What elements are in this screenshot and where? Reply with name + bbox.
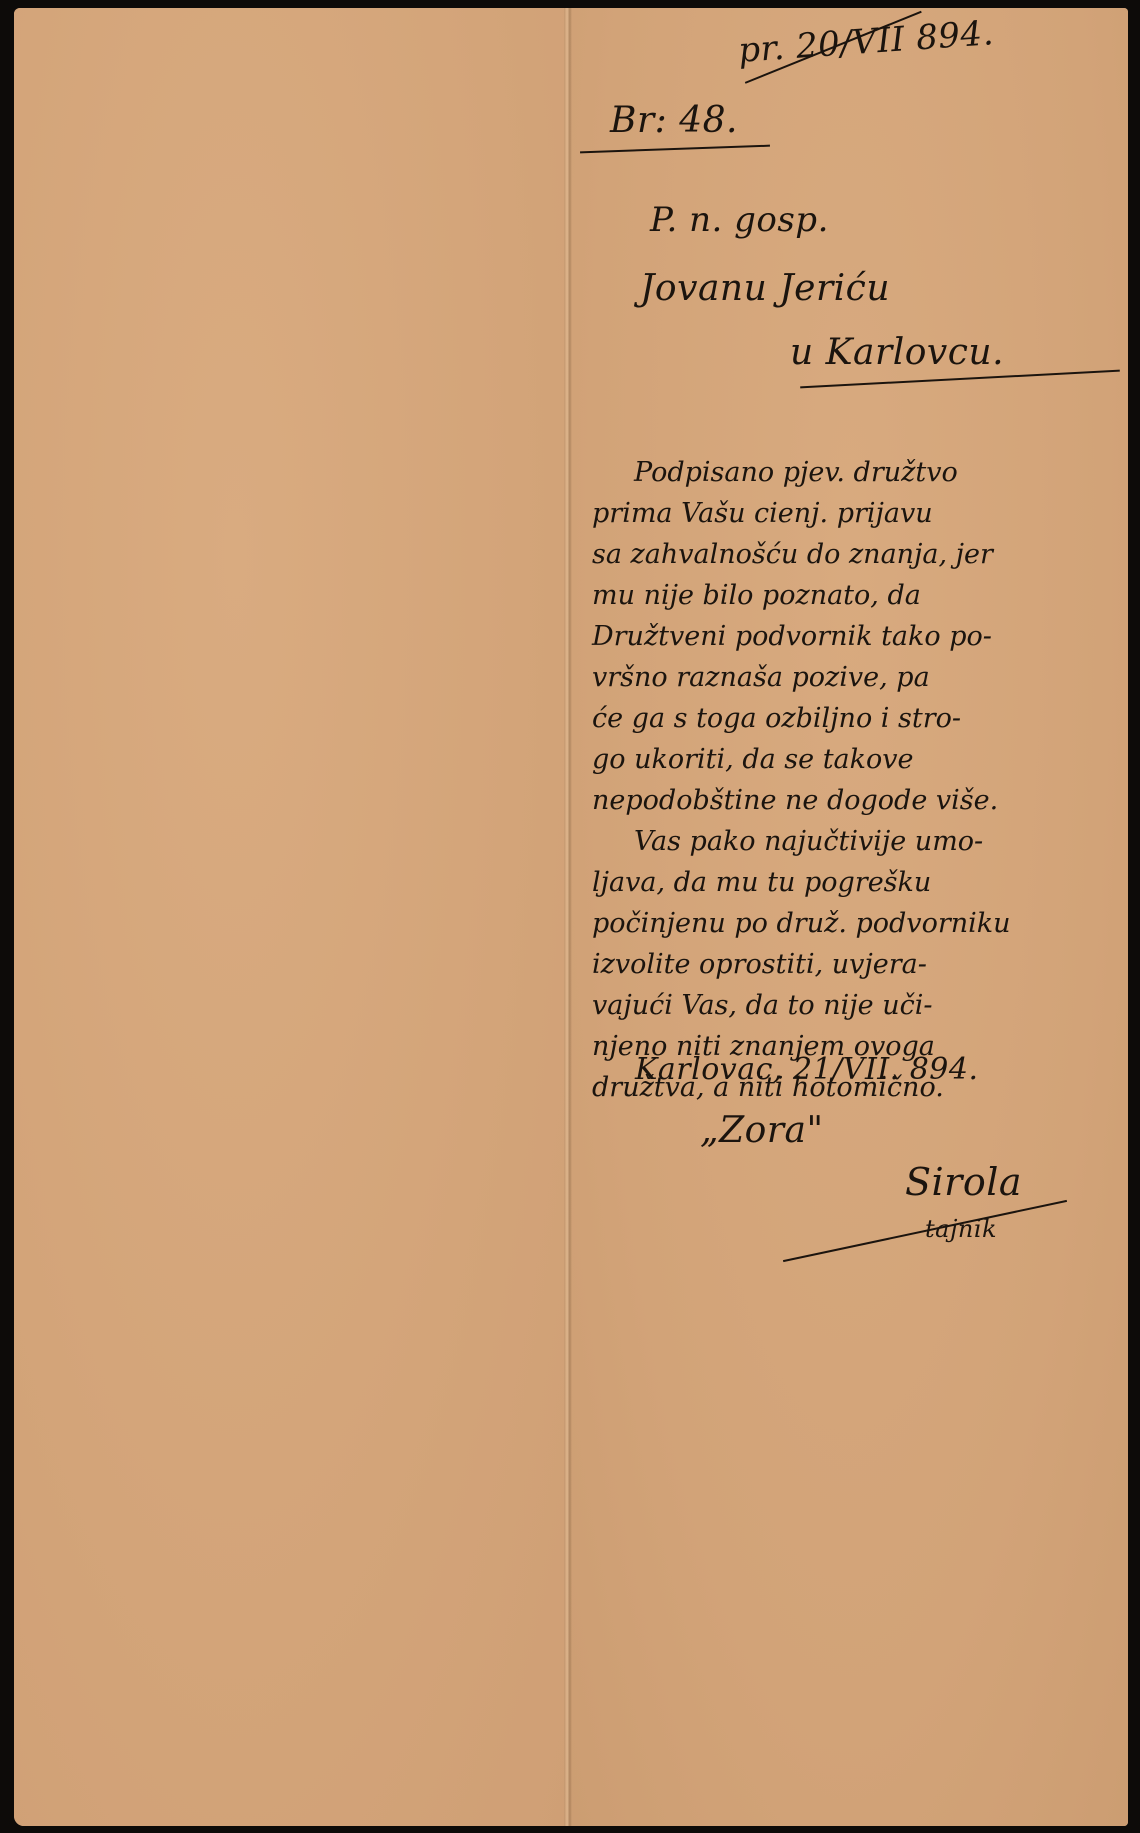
- body-line: Podpisano pjev. družtvo: [592, 452, 1112, 493]
- letter-body: Podpisano pjev. družtvo prima Vašu cienj…: [592, 452, 1112, 1108]
- body-line: ljava, da mu tu pogrešku: [592, 862, 1112, 903]
- body-line: Družtveni podvornik tako po-: [592, 616, 1112, 657]
- body-line: će ga s toga ozbiljno i stro-: [592, 698, 1112, 739]
- body-line: go ukoriti, da se takove: [592, 739, 1112, 780]
- signature: Sirola: [905, 1160, 1022, 1204]
- body-line: Vas pako najučtivije umo-: [592, 821, 1112, 862]
- body-line: prima Vašu cienj. prijavu: [592, 493, 1112, 534]
- page-fold: [564, 8, 572, 1826]
- body-line: izvolite oprostiti, uvjera-: [592, 944, 1112, 985]
- body-line: vršno raznaša pozive, pa: [592, 657, 1112, 698]
- addressee: Jovanu Jeriću: [640, 268, 890, 309]
- organization-name: „Zora": [700, 1110, 824, 1151]
- body-line: sa zahvalnošću do znanja, jer: [592, 534, 1112, 575]
- signatory-role: tajnik: [925, 1215, 997, 1243]
- body-line: mu nije bilo poznato, da: [592, 575, 1112, 616]
- salutation: P. n. gosp.: [650, 200, 829, 240]
- blank-left-page: [14, 8, 568, 1826]
- document-number: Br: 48.: [610, 100, 738, 141]
- body-line: počinjenu po druž. podvorniku: [592, 903, 1112, 944]
- body-line: vajući Vas, da to nije uči-: [592, 985, 1112, 1026]
- body-line: nepodobštine ne dogode više.: [592, 780, 1112, 821]
- date-place: Karlovac, 21/VII. 894.: [635, 1052, 979, 1087]
- addressee-location: u Karlovcu.: [790, 332, 1004, 373]
